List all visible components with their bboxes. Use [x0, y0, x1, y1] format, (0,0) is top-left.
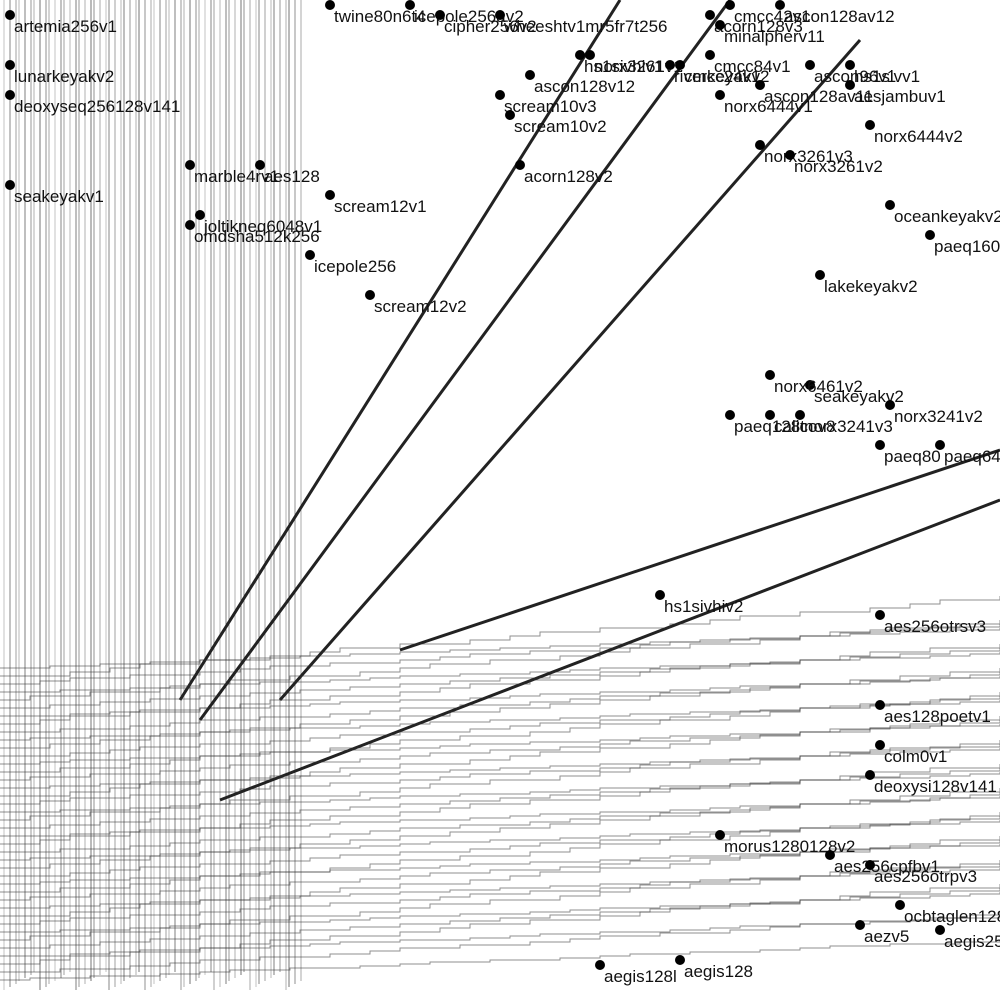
point-label: scream12v1: [334, 197, 427, 216]
point-label: omdsha512k256: [194, 227, 320, 246]
data-point: ocbtaglen128v1: [895, 900, 1000, 926]
step-trace: [0, 724, 1000, 764]
data-point: norx6444v2: [865, 120, 963, 146]
point-label: ascon128av12: [784, 7, 895, 26]
point-label: aes128: [264, 167, 320, 186]
step-trace: [0, 700, 1000, 740]
data-point: oceankeyakv2: [885, 200, 1000, 226]
point-label: norx6461v2: [774, 377, 863, 396]
point-label: aes256otrsv3: [884, 617, 986, 636]
point-label: artemia256v1: [14, 17, 117, 36]
point-label: aes128poetv1: [884, 707, 991, 726]
point-label: aes256otrpv3: [874, 867, 977, 886]
data-point: aegis128l: [595, 960, 677, 986]
trend-streak: [220, 500, 1000, 800]
point-label: deoxysi128v141: [874, 777, 997, 796]
point-label: norx6444v1: [724, 97, 813, 116]
point-label: seakeyakv1: [14, 187, 104, 206]
data-point: paeq80: [875, 440, 941, 466]
point-label: hs1sivv1: [854, 67, 920, 86]
data-point: icepole256: [305, 250, 396, 276]
data-point: aezv5: [855, 920, 909, 946]
point-label: oceankeyakv2: [894, 207, 1000, 226]
data-point: paeq64: [935, 440, 1000, 466]
point-label: scream10v3: [504, 97, 597, 116]
step-trace: [0, 624, 1000, 684]
point-label: norx3241v2: [894, 407, 983, 426]
data-point: aegis128: [675, 955, 753, 981]
data-point: aes256otrsv3: [875, 610, 986, 636]
data-point: acorn128v2: [515, 160, 613, 186]
data-point: ascon128av12: [775, 0, 895, 26]
point-label: ocbtaglen128v1: [904, 907, 1000, 926]
scatter-plot: artemia256v1lunarkeyakv2deoxyseq256128v1…: [0, 0, 1000, 1000]
point-label: cmcc84v1: [714, 57, 791, 76]
point-label: lunarkeyakv2: [14, 67, 114, 86]
point-label: norx6444v2: [874, 127, 963, 146]
point-label: calicov8: [774, 417, 835, 436]
data-point: scream12v2: [365, 290, 467, 316]
data-point: cmcc84v1: [705, 50, 791, 76]
point-label: scream12v2: [374, 297, 467, 316]
point-label: icepole256: [314, 257, 396, 276]
point-label: norx3261v2: [794, 157, 883, 176]
point-label: wheeshtv1mr5fr7t256: [503, 17, 667, 36]
data-point: seakeyakv1: [5, 180, 104, 206]
data-point: colm0v1: [875, 740, 947, 766]
step-trace: [0, 768, 1000, 828]
point-label: aegis128l: [604, 967, 677, 986]
point-label: minalpherv11: [724, 27, 825, 46]
point-label: acorn128v2: [524, 167, 613, 186]
step-trace: [0, 888, 1000, 948]
step-trace: [0, 916, 1000, 956]
data-point: hs1sivv1: [845, 60, 920, 86]
data-point: hs1sivhiv2: [655, 590, 743, 616]
trend-streak: [280, 40, 860, 700]
point-label: aegis256: [944, 932, 1000, 951]
data-point: lakekeyakv2: [815, 270, 918, 296]
point-label: hs1sivhiv2: [664, 597, 743, 616]
point-label: paeq80: [884, 447, 941, 466]
step-trace: [0, 940, 1000, 980]
point-label: morus1280128v2: [724, 837, 855, 856]
point-label: ascon128v12: [534, 77, 635, 96]
point-label: deoxyseq256128v141: [14, 97, 180, 116]
plot-canvas: artemia256v1lunarkeyakv2deoxyseq256128v1…: [0, 0, 1000, 1000]
point-label: scream10v2: [514, 117, 607, 136]
point-label: colm0v1: [884, 747, 947, 766]
point-label: aegis128: [684, 962, 753, 981]
background-lines: [4, 0, 301, 990]
data-point: aes128: [255, 160, 320, 186]
data-point: paeq160: [925, 230, 1000, 256]
step-trace: [0, 648, 1000, 708]
point-label: lakekeyakv2: [824, 277, 918, 296]
data-point: scream12v1: [325, 190, 427, 216]
data-point: lunarkeyakv2: [5, 60, 114, 86]
point-label: paeq160: [934, 237, 1000, 256]
point-label: aezv5: [864, 927, 909, 946]
point-label: twine80n6t4: [334, 7, 426, 26]
point-label: paeq64: [944, 447, 1000, 466]
step-trace: [0, 748, 1000, 788]
point-label: aesjambuv1: [854, 87, 946, 106]
data-point: aegis256: [935, 925, 1000, 951]
step-trace: [0, 628, 1000, 668]
data-point: norx6461v2: [765, 370, 863, 396]
